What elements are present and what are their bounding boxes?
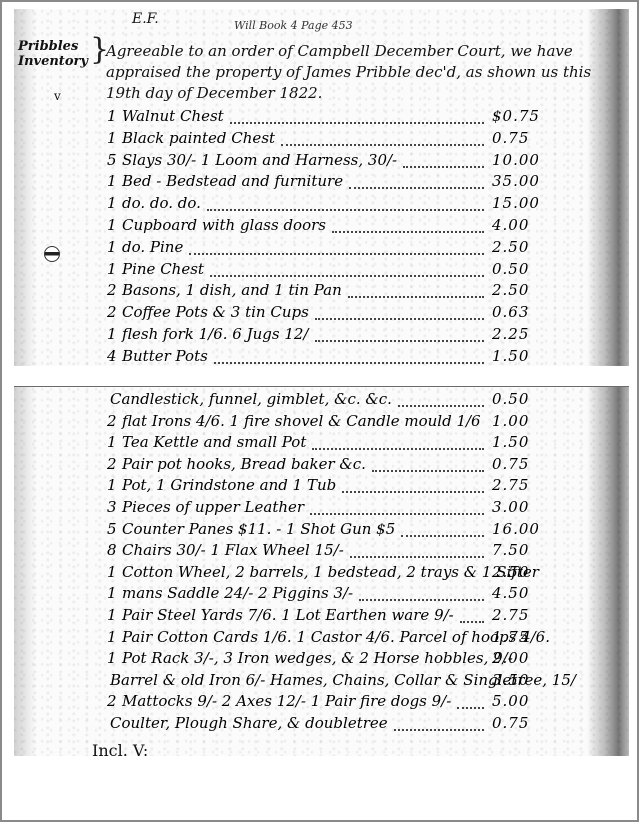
item-quantity: 2 [107, 281, 117, 299]
inventory-row: 1Cotton Wheel, 2 barrels, 1 bedstead, 2 … [14, 563, 629, 585]
dotted-leader [372, 470, 484, 472]
inventory-row: 5Counter Panes $11. - 1 Shot Gun $516.00 [14, 520, 629, 542]
item-amount: 4.00 [492, 216, 529, 234]
scan-panel-top: E.F. Will Book 4 Page 453 Pribbles Inven… [14, 9, 629, 366]
dotted-leader [207, 209, 484, 211]
inventory-row: 1Bed - Bedstead and furniture35.00 [14, 172, 629, 194]
inventory-row: 2Coffee Pots & 3 tin Cups0.63 [14, 303, 629, 325]
item-quantity: 1 [107, 433, 117, 451]
item-quantity: 3 [107, 498, 117, 516]
dotted-leader [214, 362, 484, 364]
item-amount: 1.50 [492, 347, 529, 365]
item-amount: 0.75 [492, 714, 529, 732]
dotted-leader [189, 253, 484, 255]
inventory-row: 1mans Saddle 24/- 2 Piggins 3/-4.50 [14, 584, 629, 606]
item-description: Pot Rack 3/-, 3 Iron wedges, & 2 Horse h… [122, 649, 513, 667]
item-description: Pine Chest [122, 260, 204, 278]
intro-line-1: Agreeable to an order of Campbell Decemb… [106, 42, 573, 61]
dotted-leader [401, 535, 484, 537]
intro-line-2: appraised the property of James Pribble … [106, 63, 591, 82]
dotted-leader [359, 599, 484, 601]
item-amount: 2.50 [492, 238, 529, 256]
item-amount: 5.00 [492, 692, 529, 710]
item-description: Coulter, Plough Share, & doubletree [110, 714, 388, 732]
inventory-row: 1Pair Cotton Cards 1/6. 1 Castor 4/6. Pa… [14, 628, 629, 650]
item-amount: 3.00 [492, 498, 529, 516]
dotted-leader [210, 275, 484, 277]
item-amount: 3.50 [492, 671, 529, 689]
item-description: Bed - Bedstead and furniture [122, 172, 343, 190]
item-quantity: 1 [107, 216, 117, 234]
item-amount: 2.75 [492, 476, 529, 494]
item-amount: 4.50 [492, 584, 529, 602]
item-quantity: 1 [107, 172, 117, 190]
item-amount: 2.25 [492, 325, 529, 343]
item-amount: 0.63 [492, 303, 529, 321]
dotted-leader [315, 318, 484, 320]
item-quantity: 1 [107, 606, 117, 624]
item-quantity: 1 [107, 194, 117, 212]
item-quantity: 5 [107, 520, 117, 538]
item-amount: 10.00 [492, 151, 540, 169]
item-description: Pair Cotton Cards 1/6. 1 Castor 4/6. Par… [122, 628, 550, 646]
inventory-row: 1Black painted Chest0.75 [14, 129, 629, 151]
item-amount: $0.75 [492, 107, 540, 125]
inventory-row: 4Butter Pots1.50 [14, 347, 629, 366]
dotted-leader [315, 340, 484, 342]
item-amount: 15.00 [492, 194, 540, 212]
item-quantity: 2 [107, 692, 117, 710]
item-quantity: 1 [107, 260, 117, 278]
item-quantity: 1 [107, 129, 117, 147]
margin-label-line-2: Inventory [18, 54, 88, 69]
will-book-reference: Will Book 4 Page 453 [234, 19, 353, 32]
document-frame: E.F. Will Book 4 Page 453 Pribbles Inven… [2, 2, 637, 820]
inventory-row: Barrel & old Iron 6/- Hames, Chains, Col… [14, 671, 629, 693]
inventory-row: 2flat Irons 4/6. 1 fire shovel & Candle … [14, 412, 629, 434]
inventory-row: 2Mattocks 9/- 2 Axes 12/- 1 Pair fire do… [14, 692, 629, 714]
inventory-row: 2Basons, 1 dish, and 1 tin Pan2.50 [14, 281, 629, 303]
item-quantity: 5 [107, 151, 117, 169]
item-description: Pair pot hooks, Bread baker &c. [122, 455, 366, 473]
inventory-row: 1flesh fork 1/6. 6 Jugs 12/2.25 [14, 325, 629, 347]
item-quantity: 1 [107, 563, 117, 581]
dotted-leader [332, 231, 484, 233]
dotted-leader [394, 729, 484, 731]
inventory-row: 1Pine Chest0.50 [14, 260, 629, 282]
item-description: Coffee Pots & 3 tin Cups [122, 303, 309, 321]
inventory-row: 3Pieces of upper Leather3.00 [14, 498, 629, 520]
item-description: do. Pine [122, 238, 183, 256]
item-description: Cupboard with glass doors [122, 216, 326, 234]
inventory-row: 2Pair pot hooks, Bread baker &c.0.75 [14, 455, 629, 477]
item-quantity: 4 [107, 347, 117, 365]
item-amount: 35.00 [492, 172, 540, 190]
margin-label: Pribbles Inventory [18, 39, 88, 69]
dotted-leader [398, 405, 484, 407]
item-description: Slays 30/- 1 Loom and Harness, 30/- [122, 151, 397, 169]
item-amount: 2.00 [492, 649, 529, 667]
item-amount: 0.50 [492, 260, 529, 278]
inventory-row: Candlestick, funnel, gimblet, &c. &c.0.5… [14, 390, 629, 412]
item-quantity: 1 [107, 584, 117, 602]
item-description: Butter Pots [122, 347, 208, 365]
inventory-row: 8Chairs 30/- 1 Flax Wheel 15/-7.50 [14, 541, 629, 563]
dotted-leader [460, 621, 484, 623]
inventory-row: 1Pot, 1 Grindstone and 1 Tub2.75 [14, 476, 629, 498]
inventory-row: 1Cupboard with glass doors4.00 [14, 216, 629, 238]
item-amount: 0.75 [492, 129, 529, 147]
check-mark: v [54, 89, 61, 103]
dotted-leader [281, 144, 484, 146]
item-description: Chairs 30/- 1 Flax Wheel 15/- [122, 541, 344, 559]
dotted-leader [403, 166, 484, 168]
item-amount: 1.00 [492, 412, 529, 430]
item-description: Pot, 1 Grindstone and 1 Tub [122, 476, 336, 494]
item-amount: 16.00 [492, 520, 540, 538]
item-description: mans Saddle 24/- 2 Piggins 3/- [122, 584, 353, 602]
intro-line-3: 19th day of December 1822. [106, 84, 322, 103]
item-amount: 1.75 [492, 628, 529, 646]
item-amount: 2.75 [492, 606, 529, 624]
item-description: Basons, 1 dish, and 1 tin Pan [122, 281, 342, 299]
item-quantity: 1 [107, 107, 117, 125]
item-amount: 7.50 [492, 541, 529, 559]
dotted-leader [310, 513, 484, 515]
item-description: flat Irons 4/6. 1 fire shovel & Candle m… [122, 412, 481, 430]
item-description: Walnut Chest [122, 107, 224, 125]
initials-mark: E.F. [132, 11, 159, 27]
margin-label-line-1: Pribbles [18, 39, 88, 54]
item-quantity: 1 [107, 476, 117, 494]
item-description: Counter Panes $11. - 1 Shot Gun $5 [122, 520, 395, 538]
item-description: flesh fork 1/6. 6 Jugs 12/ [122, 325, 309, 343]
item-description: Black painted Chest [122, 129, 275, 147]
dotted-leader [350, 556, 484, 558]
item-amount: 1.50 [492, 433, 529, 451]
item-amount: 0.75 [492, 455, 529, 473]
item-description: do. do. do. [122, 194, 201, 212]
scan-panel-bottom: Candlestick, funnel, gimblet, &c. &c.0.5… [14, 387, 629, 756]
item-description: Tea Kettle and small Pot [122, 433, 306, 451]
item-description: Cotton Wheel, 2 barrels, 1 bedstead, 2 t… [122, 563, 539, 581]
item-quantity: 1 [107, 628, 117, 646]
item-quantity: 1 [107, 649, 117, 667]
item-amount: 0.50 [492, 390, 529, 408]
dotted-leader [457, 707, 484, 709]
item-quantity: 2 [107, 412, 117, 430]
item-amount: 2.50 [492, 281, 529, 299]
dotted-leader [349, 187, 484, 189]
inventory-row: 1do. do. do.15.00 [14, 194, 629, 216]
dotted-leader [348, 296, 484, 298]
item-quantity: 8 [107, 541, 117, 559]
inventory-row: 5Slays 30/- 1 Loom and Harness, 30/-10.0… [14, 151, 629, 173]
inventory-row: 1Walnut Chest$0.75 [14, 107, 629, 129]
inventory-row: Coulter, Plough Share, & doubletree0.75 [14, 714, 629, 736]
inventory-row: 1Pot Rack 3/-, 3 Iron wedges, & 2 Horse … [14, 649, 629, 671]
item-quantity: 2 [107, 303, 117, 321]
item-description: Candlestick, funnel, gimblet, &c. &c. [110, 390, 392, 408]
item-description: Pair Steel Yards 7/6. 1 Lot Earthen ware… [122, 606, 454, 624]
inventory-row: 1do. Pine2.50 [14, 238, 629, 260]
item-description: Mattocks 9/- 2 Axes 12/- 1 Pair fire dog… [122, 692, 451, 710]
dotted-leader [312, 448, 484, 450]
dotted-leader [230, 122, 484, 124]
inventory-row: 1Pair Steel Yards 7/6. 1 Lot Earthen war… [14, 606, 629, 628]
footer-fragment: Incl. V: [92, 741, 148, 756]
item-description: Pieces of upper Leather [122, 498, 304, 516]
item-quantity: 1 [107, 238, 117, 256]
inventory-row: 1Tea Kettle and small Pot1.50 [14, 433, 629, 455]
item-quantity: 1 [107, 325, 117, 343]
dotted-leader [342, 491, 484, 493]
item-quantity: 2 [107, 455, 117, 473]
item-amount: 2.50 [492, 563, 529, 581]
